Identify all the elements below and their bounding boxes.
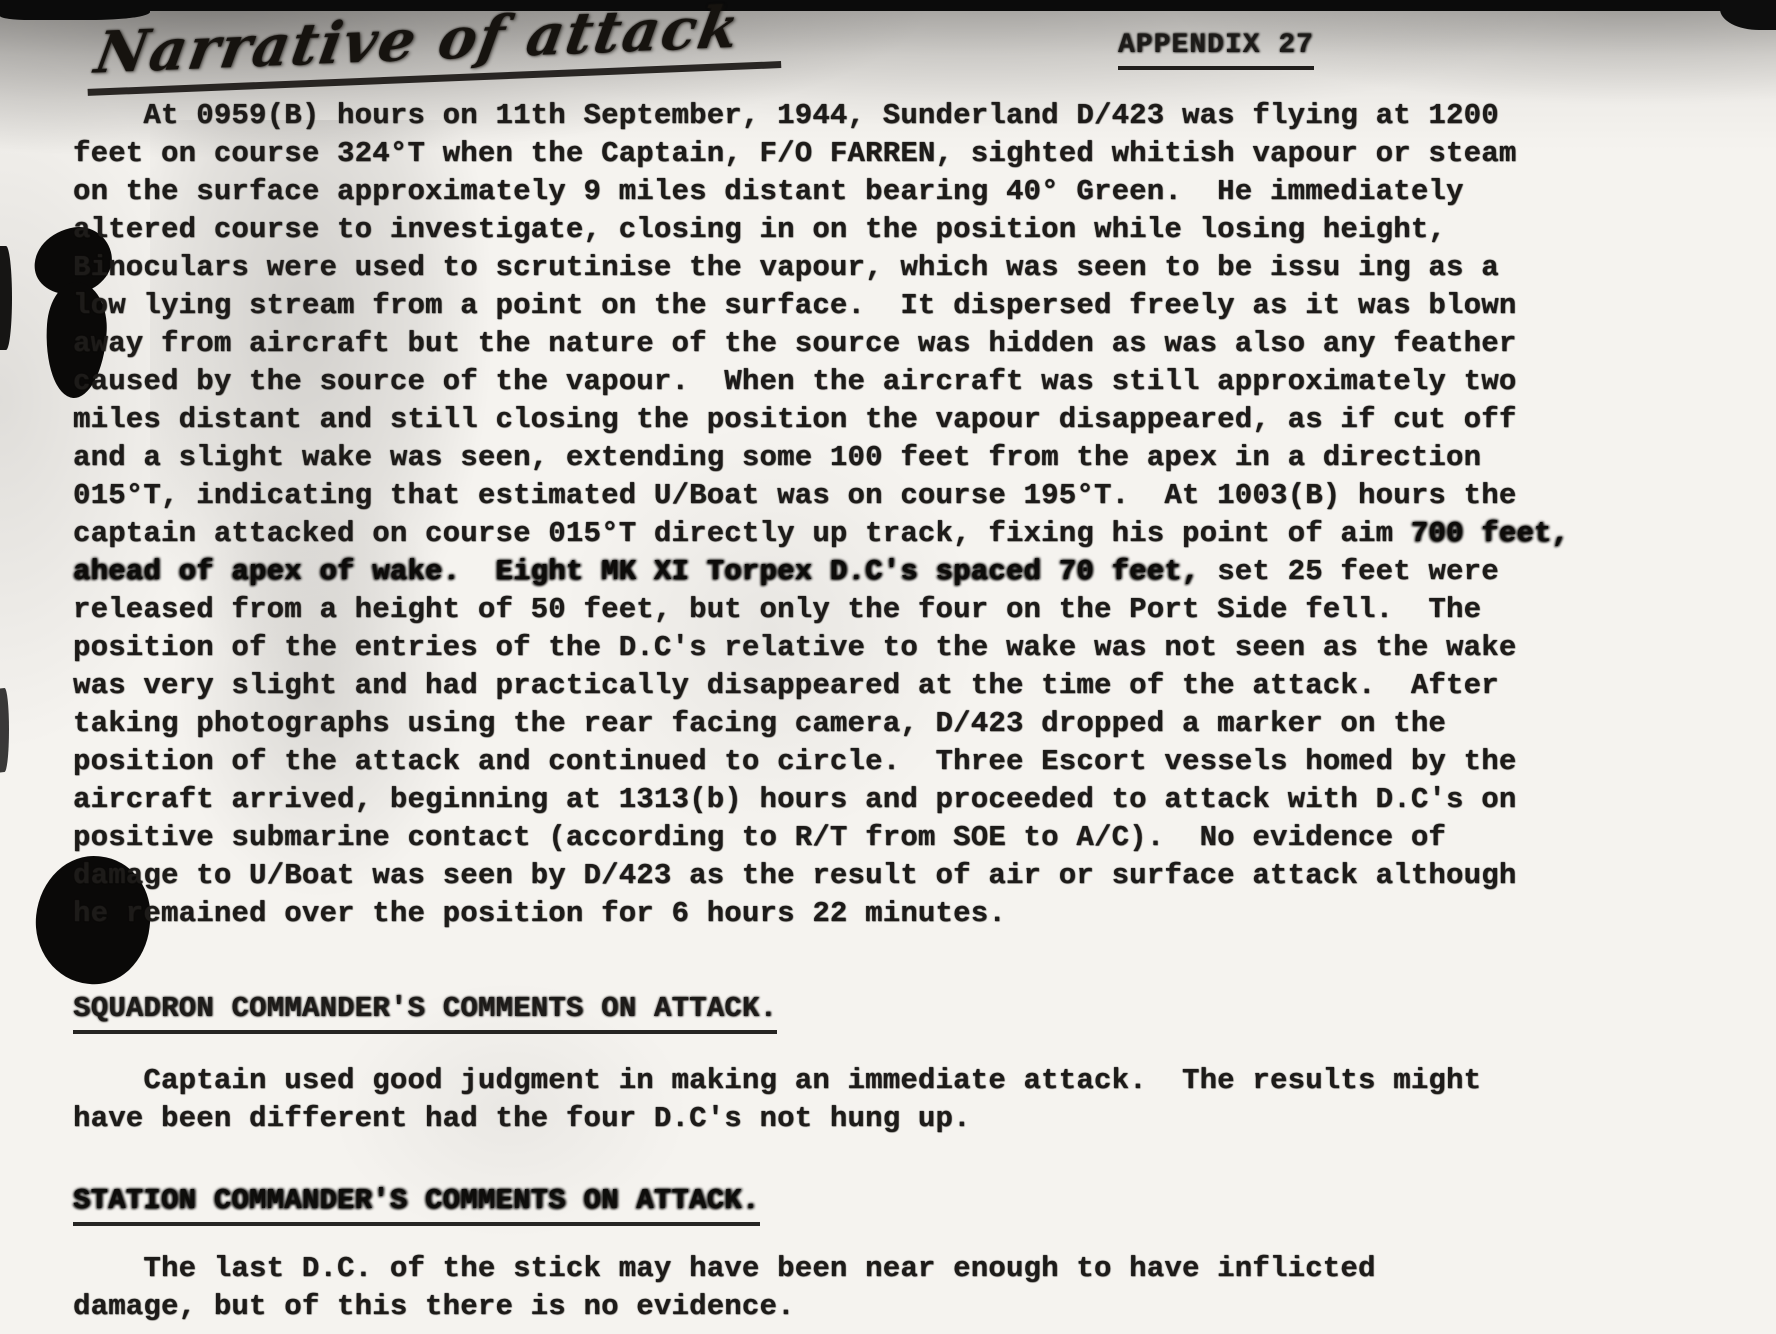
text-segment: he remained over the position for 6 hour… bbox=[73, 897, 1006, 930]
text-line: released from a height of 50 feet, but o… bbox=[73, 591, 1569, 629]
text-line: feet on course 324°T when the Captain, F… bbox=[73, 135, 1569, 173]
text-segment: altered course to investigate, closing i… bbox=[73, 213, 1446, 246]
text-segment: feet on course 324°T when the Captain, F… bbox=[73, 137, 1516, 170]
text-segment: position of the entries of the D.C's rel… bbox=[73, 631, 1516, 664]
text-line: miles distant and still closing the posi… bbox=[73, 401, 1569, 439]
text-line: was very slight and had practically disa… bbox=[73, 667, 1569, 705]
text-line: Binoculars were used to scrutinise the v… bbox=[73, 249, 1569, 287]
text-line: away from aircraft but the nature of the… bbox=[73, 325, 1569, 363]
text-segment: positive submarine contact (according to… bbox=[73, 821, 1446, 854]
text-line: on the surface approximately 9 miles dis… bbox=[73, 173, 1569, 211]
text-segment: low lying stream from a point on the sur… bbox=[73, 289, 1516, 322]
text-line: ahead of apex of wake. Eight MK XI Torpe… bbox=[73, 553, 1569, 591]
text-segment: At 0959(B) hours on 11th September, 1944… bbox=[73, 99, 1499, 132]
handwritten-title: Narrative of attack bbox=[85, 0, 782, 96]
overstruck-text: ahead of apex of wake. Eight MK XI Torpe… bbox=[73, 555, 1200, 588]
scanned-document-page: Narrative of attack APPENDIX 27 At 0959(… bbox=[0, 0, 1776, 1334]
text-line: positive submarine contact (according to… bbox=[73, 819, 1569, 857]
scan-edge-mark bbox=[0, 688, 9, 773]
text-line: Captain used good judgment in making an … bbox=[73, 1062, 1481, 1100]
text-line: he remained over the position for 6 hour… bbox=[73, 895, 1569, 933]
text-segment: damage, but of this there is no evidence… bbox=[73, 1290, 795, 1323]
text-line: low lying stream from a point on the sur… bbox=[73, 287, 1569, 325]
station-commander-heading: STATION COMMANDER'S COMMENTS ON ATTACK. bbox=[73, 1182, 760, 1226]
text-line: caused by the source of the vapour. When… bbox=[73, 363, 1569, 401]
text-segment: aircraft arrived, beginning at 1313(b) h… bbox=[73, 783, 1516, 816]
text-segment: was very slight and had practically disa… bbox=[73, 669, 1499, 702]
text-line: aircraft arrived, beginning at 1313(b) h… bbox=[73, 781, 1569, 819]
text-segment: away from aircraft but the nature of the… bbox=[73, 327, 1516, 360]
text-segment: 015°T, indicating that estimated U/Boat … bbox=[73, 479, 1516, 512]
squadron-commander-heading: SQUADRON COMMANDER'S COMMENTS ON ATTACK. bbox=[73, 990, 777, 1034]
appendix-label: APPENDIX 27 bbox=[1118, 27, 1314, 70]
text-line: position of the entries of the D.C's rel… bbox=[73, 629, 1569, 667]
scan-edge-top bbox=[0, 0, 1776, 11]
text-segment: captain attacked on course 015°T directl… bbox=[73, 517, 1411, 550]
text-segment: have been different had the four D.C's n… bbox=[73, 1102, 971, 1135]
text-segment: Captain used good judgment in making an … bbox=[73, 1064, 1481, 1097]
text-line: captain attacked on course 015°T directl… bbox=[73, 515, 1569, 553]
text-segment: caused by the source of the vapour. When… bbox=[73, 365, 1516, 398]
text-segment: damage to U/Boat was seen by D/423 as th… bbox=[73, 859, 1516, 892]
text-line: altered course to investigate, closing i… bbox=[73, 211, 1569, 249]
overstruck-text: 700 feet, bbox=[1411, 517, 1569, 550]
station-commander-paragraph: The last D.C. of the stick may have been… bbox=[73, 1250, 1376, 1326]
handwritten-title-text: Narrative of attack bbox=[90, 0, 745, 87]
scan-edge-mark bbox=[0, 246, 12, 350]
text-segment: Binoculars were used to scrutinise the v… bbox=[73, 251, 1499, 284]
text-line: 015°T, indicating that estimated U/Boat … bbox=[73, 477, 1569, 515]
text-line: have been different had the four D.C's n… bbox=[73, 1100, 1481, 1138]
text-line: damage to U/Boat was seen by D/423 as th… bbox=[73, 857, 1569, 895]
text-segment: miles distant and still closing the posi… bbox=[73, 403, 1516, 436]
squadron-commander-paragraph: Captain used good judgment in making an … bbox=[73, 1062, 1481, 1138]
text-line: The last D.C. of the stick may have been… bbox=[73, 1250, 1376, 1288]
text-line: At 0959(B) hours on 11th September, 1944… bbox=[73, 97, 1569, 135]
scan-edge-top-right bbox=[1720, 0, 1776, 30]
text-segment: position of the attack and continued to … bbox=[73, 745, 1516, 778]
text-segment: on the surface approximately 9 miles dis… bbox=[73, 175, 1464, 208]
text-segment: taking photographs using the rear facing… bbox=[73, 707, 1446, 740]
narrative-paragraph: At 0959(B) hours on 11th September, 1944… bbox=[73, 97, 1569, 933]
text-line: damage, but of this there is no evidence… bbox=[73, 1288, 1376, 1326]
text-line: position of the attack and continued to … bbox=[73, 743, 1569, 781]
text-line: and a slight wake was seen, extending so… bbox=[73, 439, 1569, 477]
text-line: taking photographs using the rear facing… bbox=[73, 705, 1569, 743]
text-segment: The last D.C. of the stick may have been… bbox=[73, 1252, 1376, 1285]
text-segment: and a slight wake was seen, extending so… bbox=[73, 441, 1481, 474]
text-segment: released from a height of 50 feet, but o… bbox=[73, 593, 1481, 626]
text-segment: set 25 feet were bbox=[1200, 555, 1499, 588]
